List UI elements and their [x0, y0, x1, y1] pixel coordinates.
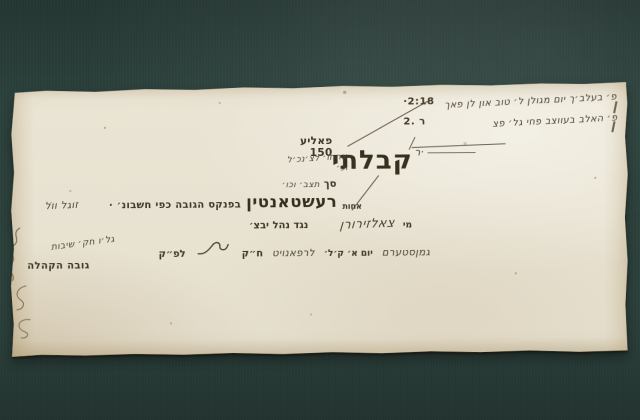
tally-line-2-amount: 2. ר	[403, 116, 425, 127]
sum-row: סך תצב׳ וכו׳	[282, 179, 337, 190]
tally-line-2: פ׳ האלב בעווצב פחי גל׳ פצ 2. ר	[403, 115, 617, 136]
document-paper-wrapper: פ׳ בעלב׳ך יום מגולן ל׳ טוב און לן פאך ·2…	[9, 82, 629, 357]
line3-date: יום א׳ ק׳ל׳	[324, 249, 373, 259]
sum-label: סך	[324, 179, 337, 190]
tally-total-mark: ·ר	[415, 147, 425, 158]
receipt-paper: פ׳ בעלב׳ך יום מגולן ל׳ טוב און לן פאך ·2…	[9, 82, 629, 357]
line1-prefix: אחות	[342, 202, 362, 211]
body-line-2: מי צאלזירורן נגד נהל יבצ׳	[249, 215, 412, 231]
payer-handwriting: אהחוֹ׳ לצ׳נכ׳ל וכ׳	[273, 152, 348, 177]
paper-speckles	[9, 86, 10, 87]
line3-word: לרפאנויט	[272, 248, 315, 259]
line3-handwriting: גמןסטערם	[382, 247, 430, 258]
line1-handwriting: זוגל ווֹל	[44, 200, 78, 212]
line2-handwriting: צאלזירורן	[339, 215, 395, 232]
body-line-3: גמןסטערם יום א׳ ק׳ל׳ לרפאנויט ח״ק לפ״ק	[159, 239, 431, 260]
ledger-phrase: בפנקס הגובה כפי חשבונ׳ ·	[109, 199, 241, 211]
tally-total-dash	[427, 152, 475, 153]
tally-line-1-script: פ׳ בעלב׳ך יום מגולן ל׳ טוב און לן פאך	[444, 91, 617, 111]
chevra-kadisha-abbreviation: ח״ק	[242, 248, 263, 259]
tally-total: ·ר	[415, 147, 476, 158]
margin-flourish-icon	[6, 224, 61, 342]
community-collector-label: גובה הקהלה	[27, 260, 89, 271]
signature-flourish-icon	[197, 241, 231, 257]
restant-word: רעשטאנטין	[246, 192, 337, 212]
lamed-pe-kuf-abbreviation: לפ״ק	[159, 249, 186, 260]
sum-handwriting: תצב׳ וכו׳	[282, 180, 320, 190]
tally-line-2-script: פ׳ האלב בעווצב פחי גל׳ פצ	[492, 112, 618, 129]
line2-prefix: מי	[403, 220, 412, 230]
corner-tally-annotation: פ׳ בעלב׳ך יום מגולן ל׳ טוב און לן פאך ·2…	[403, 95, 617, 136]
line2-printed-text: נגד נהל יבצ׳	[249, 220, 308, 231]
body-line-1: אחות רעשטאנטין בפנקס הגובה כפי חשבונ׳ · …	[40, 192, 362, 213]
